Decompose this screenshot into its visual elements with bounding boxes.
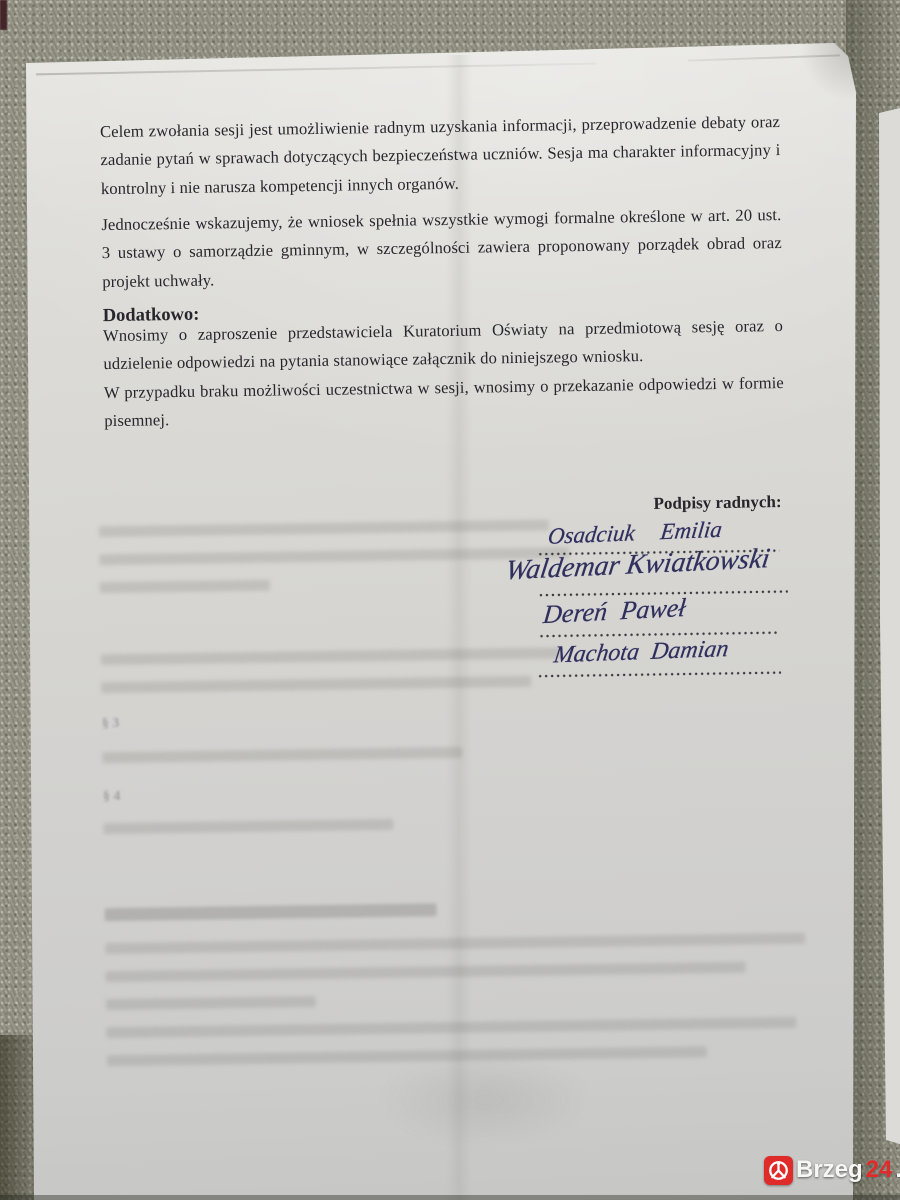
- paragraph-session-purpose: Celem zwołania sesji jest umożliwienie r…: [100, 108, 781, 203]
- bleedthrough-line: [103, 819, 393, 834]
- bleedthrough-line: [101, 647, 561, 665]
- bleedthrough-line: [105, 933, 805, 954]
- paragraph-formal-requirements: Jednocześnie wskazujemy, że wniosek speł…: [101, 201, 782, 296]
- watermark-tld-text: .pl: [895, 1155, 900, 1185]
- signature-dotted-line: [539, 631, 779, 638]
- bleedthrough-section-mark: § 4: [103, 789, 121, 805]
- paragraph-kuratorium-invitation: Wnosimy o zaproszenie przedstawiciela Ku…: [103, 312, 784, 379]
- brzeg24-watermark: Brzeg24.pl: [764, 1155, 900, 1185]
- signature-handwritten: Dereń Paweł: [542, 593, 688, 630]
- photo-scene: § 3 § 4 Celem zwołania sesji jest umożli…: [0, 0, 900, 1200]
- bleedthrough-section-mark: § 3: [102, 716, 120, 732]
- signature-dotted-line: [537, 671, 781, 678]
- bleedthrough-line: [106, 996, 316, 1010]
- dark-corner-object: [0, 0, 7, 30]
- emblem-icon: [767, 1159, 790, 1182]
- bleedthrough-line: [100, 580, 270, 594]
- bleedthrough-line: [106, 1017, 796, 1038]
- bleedthrough-heading: [105, 903, 437, 921]
- paragraph-written-answers: W przypadku braku możliwości uczestnictw…: [104, 369, 785, 436]
- signature-handwritten: Machota Damian: [552, 636, 730, 669]
- bleedthrough-line: [102, 747, 462, 763]
- watermark-number-text: 24: [866, 1155, 893, 1185]
- bleedthrough-line: [99, 547, 569, 565]
- brzeg24-logo-icon: [764, 1156, 793, 1185]
- page-content: § 3 § 4 Celem zwołania sesji jest umożli…: [0, 0, 900, 1200]
- document-page: § 3 § 4 Celem zwołania sesji jest umożli…: [0, 0, 900, 1200]
- bleedthrough-line: [99, 520, 549, 538]
- watermark-brand-text: Brzeg: [796, 1155, 863, 1185]
- bleedthrough-line: [107, 1046, 707, 1066]
- signature-handwritten: Osadciuk Emilia: [547, 517, 724, 550]
- bleedthrough-line: [101, 676, 531, 693]
- photo-bottom-shadow: [0, 1195, 900, 1200]
- bleedthrough-line: [105, 962, 745, 982]
- signatures-heading: Podpisy radnych:: [541, 492, 781, 516]
